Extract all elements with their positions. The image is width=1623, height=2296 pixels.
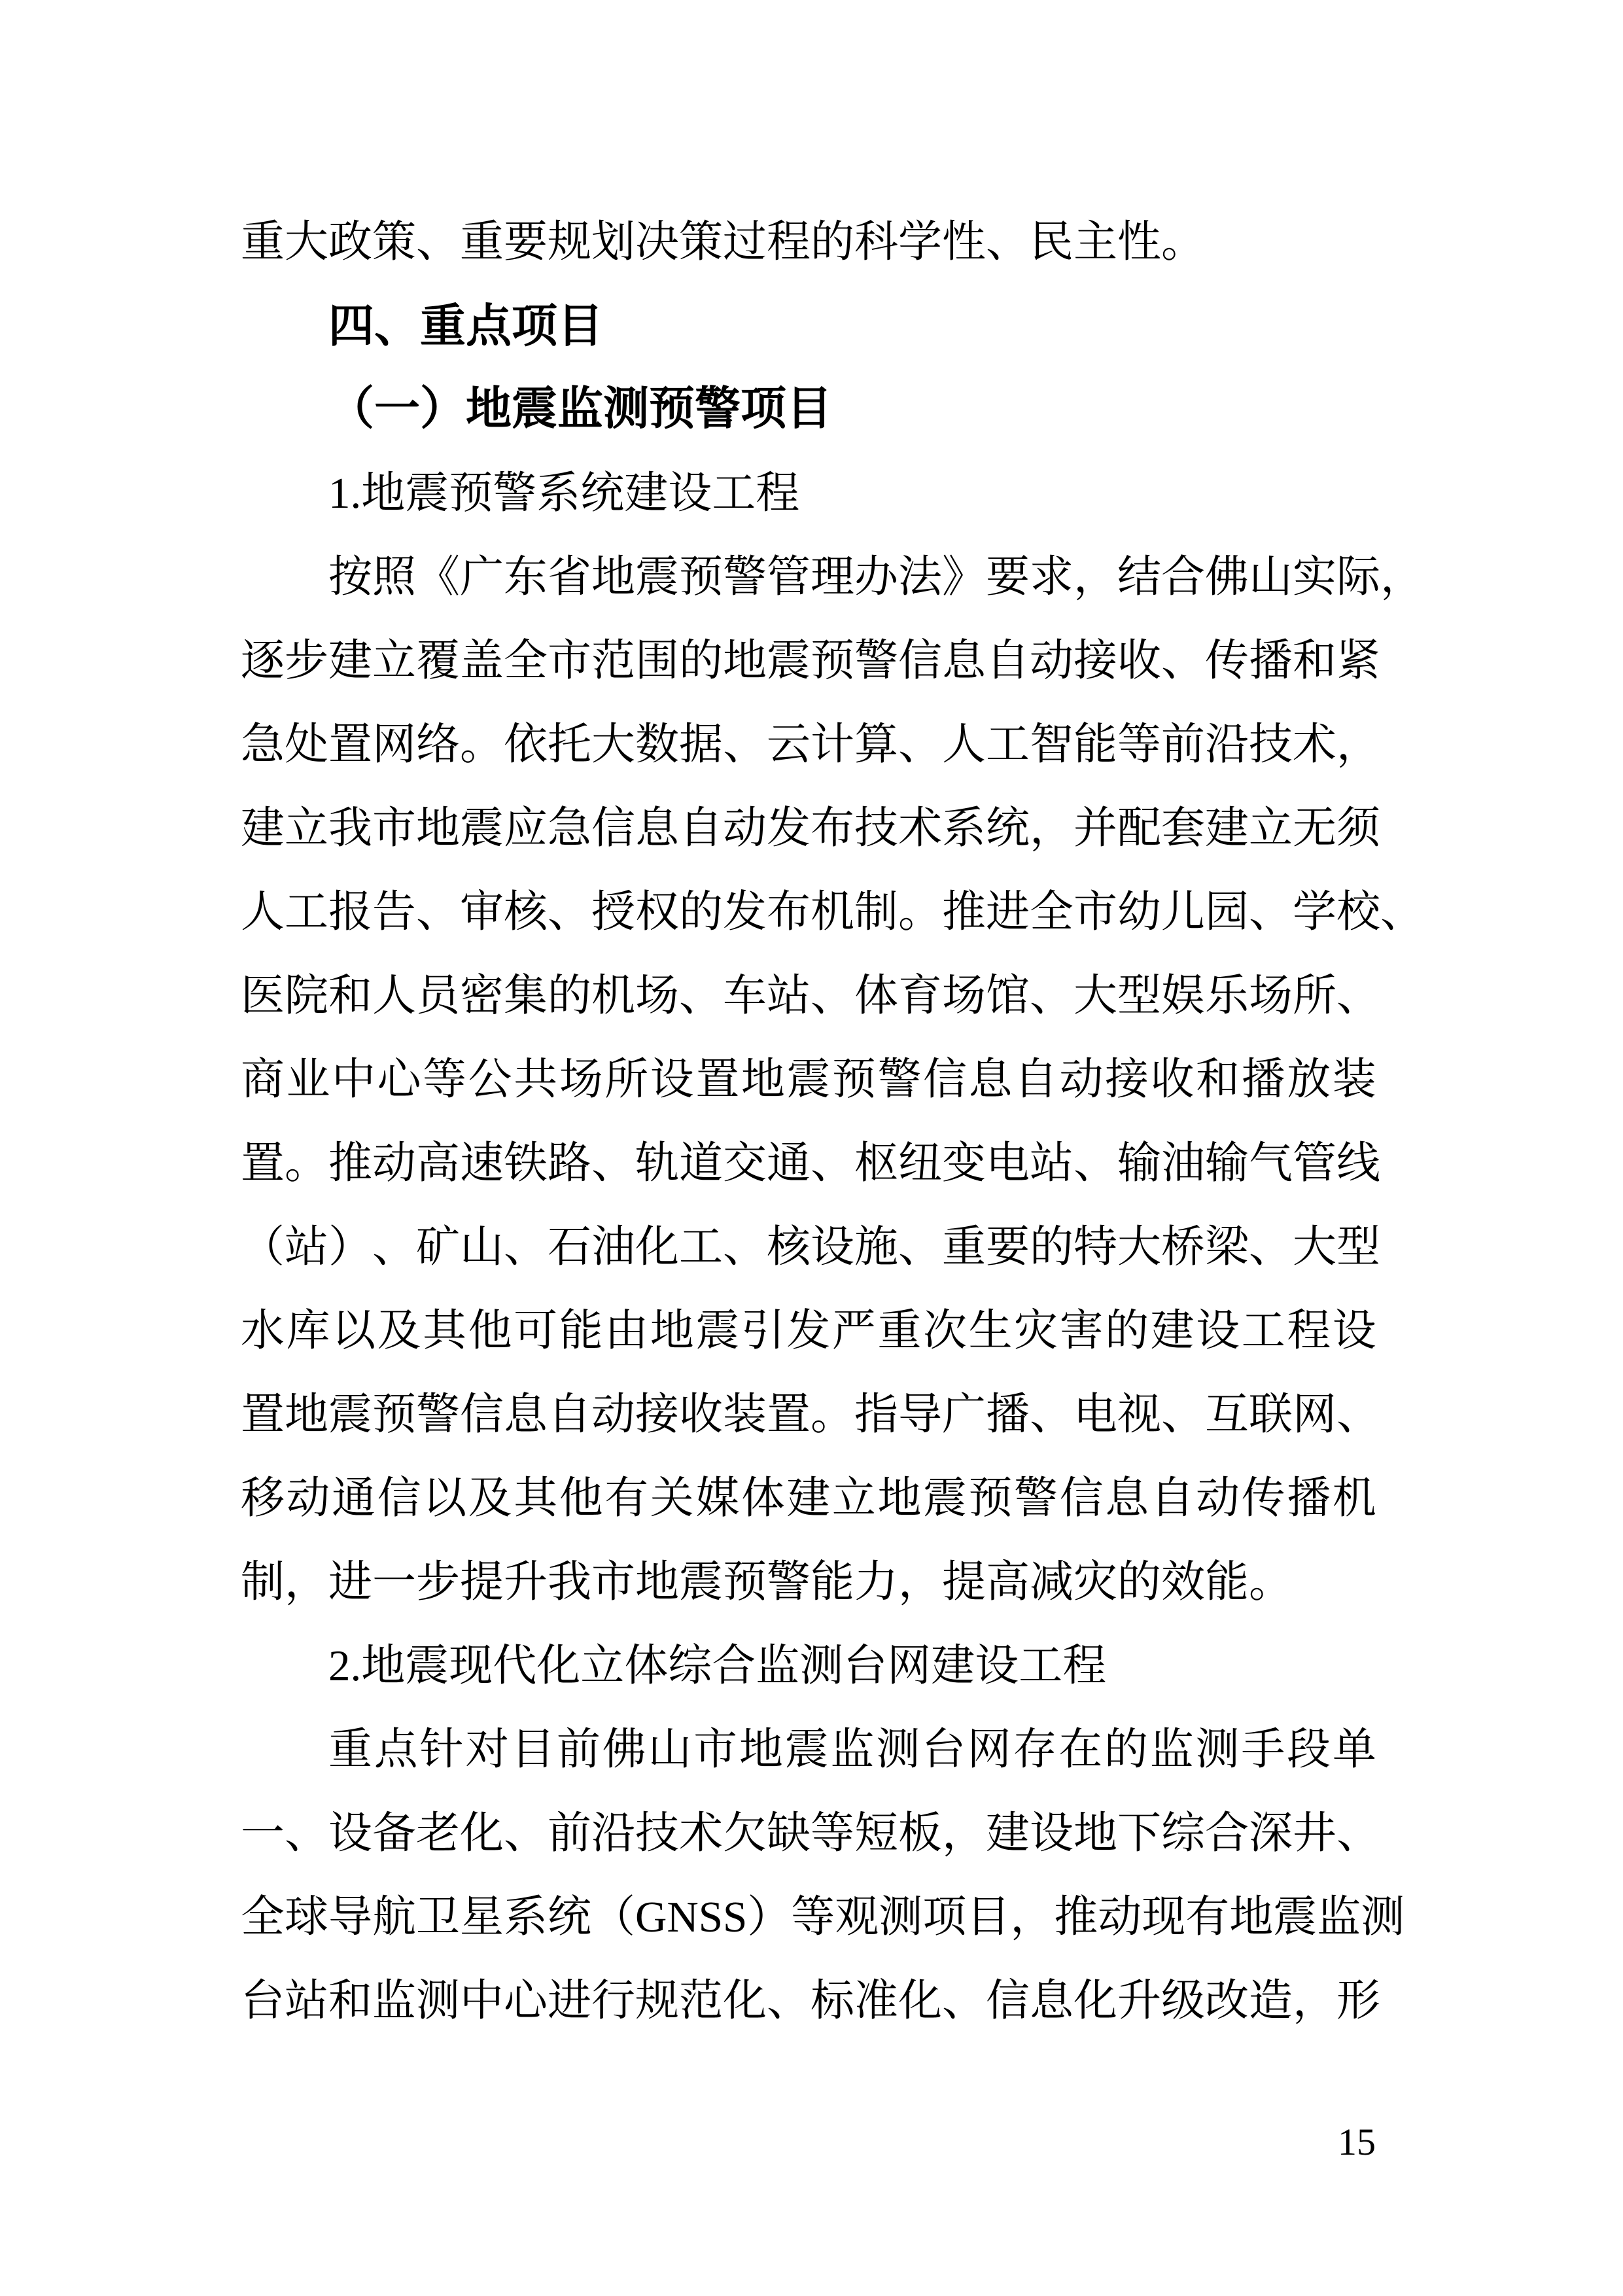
glyph: 动 — [1060, 1038, 1104, 1122]
glyph: 动 — [1098, 1875, 1142, 1959]
glyph: 际 — [1336, 535, 1380, 619]
glyph: 机 — [591, 954, 635, 1038]
glyph: 、 — [1336, 954, 1380, 1038]
glyph: 立 — [372, 619, 416, 703]
glyph: 、 — [504, 1792, 548, 1875]
glyph: 管 — [767, 535, 811, 619]
glyph: 、 — [811, 1122, 854, 1205]
glyph: 库 — [287, 1289, 330, 1373]
glyph: 管 — [1293, 1122, 1336, 1205]
glyph: 网 — [968, 1708, 1011, 1792]
glyph: 测 — [1196, 1708, 1240, 1792]
glyph: 园 — [1205, 870, 1249, 954]
glyph: 动 — [287, 1457, 330, 1540]
glyph: 的 — [679, 870, 723, 954]
glyph: 动 — [591, 1373, 635, 1457]
glyph: 收 — [1117, 619, 1161, 703]
glyph: 立 — [285, 786, 328, 870]
text-line: 置地震预警信息自动接收装置。指导广播、电视、互联网、 — [241, 1373, 1376, 1457]
glyph: 地 — [739, 1708, 783, 1792]
glyph: 传 — [1242, 1457, 1285, 1540]
glyph: 点 — [374, 1708, 418, 1792]
glyph: 监 — [1317, 1875, 1361, 1959]
text-line: 急处置网络。依托大数据、云计算、人工智能等前沿技术， — [241, 703, 1376, 786]
glyph: 枢 — [854, 1122, 898, 1205]
glyph: 自 — [548, 1373, 591, 1457]
text-line: 全球导航卫星系统（GNSS）等观测项目，推动现有地震监测 — [241, 1875, 1376, 1959]
glyph: 、 — [723, 1205, 767, 1289]
glyph: 及 — [468, 1457, 512, 1540]
glyph: 依 — [504, 703, 548, 786]
glyph: 现 — [1142, 1875, 1185, 1959]
glyph: 全 — [1030, 870, 1073, 954]
glyph: 等 — [791, 1875, 835, 1959]
glyph: 地 — [591, 535, 635, 619]
glyph: 统 — [986, 786, 1030, 870]
glyph: 息 — [1105, 1457, 1149, 1540]
glyph: 水 — [241, 1289, 285, 1373]
glyph: 术 — [1293, 703, 1336, 786]
text-line: （站）、矿山、石油化工、核设施、重要的特大桥梁、大型 — [241, 1205, 1376, 1289]
glyph: 警 — [416, 1373, 460, 1457]
glyph: 其 — [514, 1457, 557, 1540]
glyph: 和 — [328, 954, 372, 1038]
glyph: 心 — [504, 1959, 548, 2043]
glyph: 深 — [1249, 1792, 1293, 1875]
glyph: 儿 — [1161, 870, 1205, 954]
glyph: 目 — [511, 1708, 555, 1792]
glyph: 动 — [1030, 619, 1073, 703]
glyph: 视 — [1117, 1373, 1161, 1457]
glyph: 办 — [854, 535, 898, 619]
glyph: 校 — [1336, 870, 1380, 954]
glyph: 智 — [1030, 703, 1073, 786]
glyph: 站 — [1030, 1122, 1073, 1205]
glyph: ， — [1293, 1959, 1336, 2043]
glyph: 预 — [969, 1457, 1013, 1540]
glyph: 生 — [969, 1289, 1013, 1373]
glyph: 、 — [811, 954, 854, 1038]
glyph: 工 — [1242, 1289, 1285, 1373]
glyph: ， — [942, 1792, 986, 1875]
glyph: 高 — [416, 1122, 460, 1205]
glyph: 放 — [1287, 1038, 1331, 1122]
glyph: （ — [241, 1205, 285, 1289]
glyph: 求 — [1030, 535, 1073, 619]
glyph: 据 — [679, 703, 723, 786]
glyph: 严 — [832, 1289, 876, 1373]
glyph: 矿 — [416, 1205, 460, 1289]
glyph: 车 — [723, 954, 767, 1038]
glyph: 技 — [1249, 703, 1293, 786]
glyph: 设 — [1196, 1289, 1240, 1373]
glyph: 标 — [811, 1959, 854, 2043]
glyph: 育 — [898, 954, 942, 1038]
glyph: 络 — [416, 703, 460, 786]
glyph: 、 — [767, 1959, 811, 2043]
glyph: 覆 — [416, 619, 460, 703]
glyph: 警 — [723, 535, 767, 619]
glyph: 。 — [811, 1373, 854, 1457]
glyph: 所 — [604, 1038, 648, 1122]
glyph: 自 — [986, 619, 1030, 703]
glyph: 及 — [377, 1289, 421, 1373]
glyph: 重 — [942, 1205, 986, 1289]
glyph: 装 — [723, 1373, 767, 1457]
glyph: 能 — [559, 1289, 603, 1373]
glyph: 置 — [241, 1373, 285, 1457]
glyph: 、 — [372, 1205, 416, 1289]
glyph: 立 — [832, 1457, 876, 1540]
glyph: 短 — [854, 1792, 898, 1875]
glyph: 理 — [811, 535, 854, 619]
glyph: 型 — [1336, 1205, 1380, 1289]
glyph: 动 — [372, 1122, 416, 1205]
glyph: 、 — [679, 954, 723, 1038]
glyph: 电 — [986, 1122, 1030, 1205]
glyph: 他 — [468, 1289, 512, 1373]
glyph: 佛 — [602, 1708, 646, 1792]
glyph: 要 — [986, 1205, 1030, 1289]
glyph: 制 — [854, 870, 898, 954]
text-line: 重点针对目前佛山市地震监测台网存在的监测手段单 — [241, 1708, 1376, 1792]
glyph: 有 — [604, 1457, 648, 1540]
glyph: 纽 — [898, 1122, 942, 1205]
glyph: 播 — [986, 1373, 1030, 1457]
glyph: 自 — [1151, 1457, 1195, 1540]
glyph: 震 — [767, 619, 811, 703]
glyph: 云 — [767, 703, 811, 786]
glyph: 围 — [635, 619, 679, 703]
text-line: 台站和监测中心进行规范化、标准化、信息化升级改造，形 — [241, 1959, 1376, 2043]
glyph: 动 — [1196, 1457, 1240, 1540]
glyph: 自 — [1014, 1038, 1058, 1122]
glyph: 、 — [416, 870, 460, 954]
glyph: 的 — [679, 619, 723, 703]
text-line: 医院和人员密集的机场、车站、体育场馆、大型娱乐场所、 — [241, 954, 1376, 1038]
glyph: 人 — [241, 870, 285, 954]
glyph: 站 — [285, 1959, 328, 2043]
glyph: 接 — [1105, 1038, 1149, 1122]
glyph: 以 — [332, 1289, 375, 1373]
glyph: 、 — [898, 703, 942, 786]
glyph: 系 — [504, 1875, 548, 1959]
glyph: 、 — [591, 1122, 635, 1205]
glyph: 等 — [423, 1038, 466, 1122]
glyph: 无 — [1293, 786, 1336, 870]
glyph: 震 — [695, 1289, 739, 1373]
glyph: 审 — [460, 870, 504, 954]
glyph: 建 — [328, 619, 372, 703]
glyph: 佛 — [1205, 535, 1249, 619]
glyph: 接 — [1073, 619, 1117, 703]
text-line: （一）地震监测预警项目 — [241, 368, 1376, 451]
glyph: 建 — [786, 1457, 830, 1540]
glyph: 工 — [285, 870, 328, 954]
glyph: 路 — [548, 1122, 591, 1205]
glyph: 导 — [328, 1875, 372, 1959]
document-page: 重大政策、重要规划决策过程的科学性、民主性。四、重点项目（一）地震监测预警项目1… — [0, 0, 1623, 2296]
glyph: 综 — [1161, 1792, 1205, 1875]
glyph: 技 — [635, 1792, 679, 1875]
glyph: 进 — [548, 1959, 591, 2043]
glyph: 合 — [1161, 535, 1205, 619]
glyph: 化 — [460, 1792, 504, 1875]
glyph: 项 — [922, 1875, 966, 1959]
glyph: 大 — [591, 703, 635, 786]
glyph: 星 — [460, 1875, 504, 1959]
glyph: 互 — [1205, 1373, 1249, 1457]
text-line: 重大政策、重要规划决策过程的科学性、民主性。 — [241, 200, 1376, 284]
glyph: 行 — [591, 1959, 635, 2043]
glyph: 自 — [679, 786, 723, 870]
glyph: 息 — [969, 1038, 1013, 1122]
glyph: 重 — [328, 1708, 372, 1792]
glyph: 中 — [332, 1038, 375, 1122]
glyph: 播 — [1249, 619, 1293, 703]
glyph: 可 — [514, 1289, 557, 1373]
glyph: ， — [1030, 786, 1073, 870]
glyph: 山 — [460, 1205, 504, 1289]
glyph: 信 — [460, 1373, 504, 1457]
glyph: 人 — [372, 954, 416, 1038]
glyph: 地 — [285, 1373, 328, 1457]
glyph: 预 — [811, 619, 854, 703]
glyph: 业 — [287, 1038, 330, 1122]
glyph: 立 — [1249, 786, 1293, 870]
glyph: 由 — [604, 1289, 648, 1373]
glyph: 信 — [591, 786, 635, 870]
glyph: 监 — [372, 1959, 416, 2043]
glyph: 道 — [679, 1122, 723, 1205]
glyph: 置 — [241, 1122, 285, 1205]
glyph: 系 — [942, 786, 986, 870]
glyph: 信 — [986, 1959, 1030, 2043]
glyph: 机 — [811, 870, 854, 954]
glyph: 地 — [723, 619, 767, 703]
glyph: 息 — [942, 619, 986, 703]
glyph: 通 — [767, 1122, 811, 1205]
glyph: 机 — [1333, 1457, 1376, 1540]
glyph: 的 — [548, 954, 591, 1038]
glyph: 前 — [557, 1708, 601, 1792]
glyph: 网 — [372, 703, 416, 786]
glyph: 设 — [328, 1792, 372, 1875]
glyph: 在 — [1058, 1708, 1102, 1792]
glyph: 术 — [898, 786, 942, 870]
glyph: 测 — [416, 1959, 460, 2043]
glyph: 大 — [1293, 1205, 1336, 1289]
glyph: 核 — [767, 1205, 811, 1289]
glyph: 算 — [854, 703, 898, 786]
glyph: 他 — [559, 1457, 603, 1540]
glyph: 线 — [1336, 1122, 1380, 1205]
text-line: 一、设备老化、前沿技术欠缺等短板，建设地下综合深井、 — [241, 1792, 1376, 1875]
glyph: 建 — [1151, 1289, 1195, 1373]
glyph: 升 — [1117, 1959, 1161, 2043]
glyph: 震 — [1273, 1875, 1317, 1959]
glyph: 市 — [372, 786, 416, 870]
glyph: 所 — [1293, 954, 1336, 1038]
glyph: 息 — [504, 1373, 548, 1457]
glyph: 改 — [1205, 1959, 1249, 2043]
glyph: 化 — [723, 1959, 767, 2043]
glyph: 气 — [1249, 1122, 1293, 1205]
glyph: 置 — [695, 1038, 739, 1122]
glyph: 托 — [548, 703, 591, 786]
glyph: 监 — [830, 1708, 874, 1792]
glyph: 我 — [328, 786, 372, 870]
glyph: 、 — [1161, 619, 1205, 703]
glyph: 地 — [877, 1457, 921, 1540]
glyph: 乐 — [1205, 954, 1249, 1038]
glyph: 娱 — [1161, 954, 1205, 1038]
glyph: 地 — [650, 1289, 694, 1373]
glyph: 桥 — [1161, 1205, 1205, 1289]
glyph: 和 — [328, 1959, 372, 2043]
text-line: 四、重点项目 — [241, 284, 1376, 368]
glyph: 合 — [1205, 1792, 1249, 1875]
glyph: （ — [591, 1875, 635, 1959]
glyph: 等 — [1117, 703, 1161, 786]
text-line: 制，进一步提升我市地震预警能力，提高减灾的效能。 — [241, 1540, 1376, 1624]
glyph: 前 — [548, 1792, 591, 1875]
glyph: 置 — [328, 703, 372, 786]
glyph: 站 — [767, 954, 811, 1038]
glyph: ） — [747, 1875, 791, 1959]
text-line: 水库以及其他可能由地震引发严重次生灾害的建设工程设 — [241, 1289, 1376, 1373]
glyph: 存 — [1013, 1708, 1056, 1792]
glyph: 的 — [1105, 1289, 1149, 1373]
glyph: 公 — [468, 1038, 512, 1122]
glyph: 害 — [1060, 1289, 1104, 1373]
glyph: 发 — [723, 870, 767, 954]
glyph: 能 — [1073, 703, 1117, 786]
glyph: 预 — [679, 535, 723, 619]
glyph: 、 — [1336, 1373, 1380, 1457]
glyph: 设 — [811, 1205, 854, 1289]
glyph: 发 — [786, 1289, 830, 1373]
glyph: 大 — [1073, 954, 1117, 1038]
glyph: 前 — [1161, 703, 1205, 786]
glyph: 警 — [1014, 1457, 1058, 1540]
glyph: 变 — [942, 1122, 986, 1205]
glyph: 商 — [241, 1038, 285, 1122]
glyph: 院 — [285, 954, 328, 1038]
glyph: 和 — [1196, 1038, 1240, 1122]
glyph: 地 — [1229, 1875, 1273, 1959]
glyph: 权 — [635, 870, 679, 954]
glyph: 密 — [460, 954, 504, 1038]
glyph: 以 — [423, 1457, 466, 1540]
glyph: 布 — [811, 786, 854, 870]
glyph: 观 — [835, 1875, 879, 1959]
glyph: 目 — [966, 1875, 1010, 1959]
glyph: 统 — [548, 1875, 591, 1959]
glyph: 工 — [986, 703, 1030, 786]
glyph: 学 — [1293, 870, 1336, 954]
glyph: 体 — [741, 1457, 785, 1540]
glyph: 化 — [898, 1959, 942, 2043]
glyph: 山 — [648, 1708, 691, 1792]
glyph: 配 — [1117, 786, 1161, 870]
document-body: 重大政策、重要规划决策过程的科学性、民主性。四、重点项目（一）地震监测预警项目1… — [241, 200, 1376, 2043]
glyph: 步 — [285, 619, 328, 703]
glyph: 程 — [1287, 1289, 1331, 1373]
glyph: 动 — [723, 786, 767, 870]
glyph: 处 — [285, 703, 328, 786]
glyph: ） — [328, 1205, 372, 1289]
glyph: 警 — [854, 619, 898, 703]
glyph: 设 — [1030, 1792, 1073, 1875]
glyph: 山 — [1249, 535, 1293, 619]
glyph: 进 — [986, 870, 1030, 954]
glyph: 电 — [1073, 1373, 1117, 1457]
glyph: 应 — [504, 786, 548, 870]
glyph: 导 — [898, 1373, 942, 1457]
glyph: 播 — [1287, 1457, 1331, 1540]
glyph: 其 — [423, 1289, 466, 1373]
text-line: 移动通信以及其他有关媒体建立地震预警信息自动传播机 — [241, 1457, 1376, 1540]
glyph: 信 — [377, 1457, 421, 1540]
glyph: 速 — [460, 1122, 504, 1205]
glyph: 化 — [635, 1205, 679, 1289]
glyph: 工 — [679, 1205, 723, 1289]
glyph: 化 — [1073, 1959, 1117, 2043]
glyph: 法 — [898, 535, 942, 619]
glyph: 单 — [1333, 1708, 1376, 1792]
glyph: 沿 — [1205, 703, 1249, 786]
glyph: 按 — [328, 535, 372, 619]
glyph: 《 — [416, 535, 460, 619]
glyph: 幼 — [1117, 870, 1161, 954]
glyph: 、 — [1030, 954, 1073, 1038]
glyph: 发 — [767, 786, 811, 870]
glyph: 交 — [723, 1122, 767, 1205]
glyph: 震 — [923, 1457, 967, 1540]
glyph: 铁 — [504, 1122, 548, 1205]
glyph: 准 — [854, 1959, 898, 2043]
text-line: 商业中心等公共场所设置地震预警信息自动接收和播放装 — [241, 1038, 1376, 1122]
glyph: 测 — [876, 1708, 920, 1792]
glyph: 授 — [591, 870, 635, 954]
glyph: 推 — [1054, 1875, 1098, 1959]
glyph: 、 — [1380, 870, 1424, 954]
glyph: 范 — [679, 1959, 723, 2043]
glyph: 。 — [898, 870, 942, 954]
text-line: 置。推动高速铁路、轨道交通、枢纽变电站、输油输气管线 — [241, 1122, 1376, 1205]
glyph: 引 — [741, 1289, 785, 1373]
glyph: 板 — [898, 1792, 942, 1875]
glyph: 推 — [328, 1122, 372, 1205]
glyph: 技 — [854, 786, 898, 870]
glyph: 段 — [1287, 1708, 1331, 1792]
glyph: 信 — [898, 619, 942, 703]
glyph: 的 — [1104, 1708, 1148, 1792]
glyph: 型 — [1117, 954, 1161, 1038]
text-line: 2.地震现代化立体综合监测台网建设工程 — [241, 1624, 1376, 1708]
glyph: 结 — [1117, 535, 1161, 619]
glyph: 卫 — [416, 1875, 460, 1959]
glyph: 报 — [328, 870, 372, 954]
glyph: 场 — [559, 1038, 603, 1122]
glyph: 梁 — [1205, 1205, 1249, 1289]
glyph: 次 — [923, 1289, 967, 1373]
glyph: 测 — [879, 1875, 922, 1959]
glyph: 航 — [372, 1875, 416, 1959]
glyph: 地 — [416, 786, 460, 870]
glyph: 共 — [514, 1038, 557, 1122]
